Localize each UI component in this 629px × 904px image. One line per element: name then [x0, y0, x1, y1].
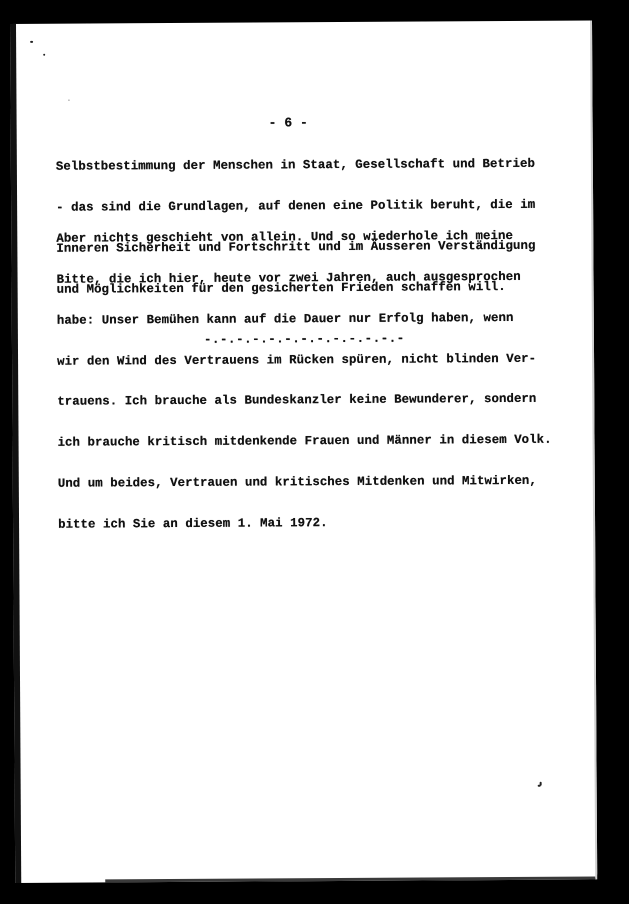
- end-separator: -.-.-.-.-.-.-.-.-.-.-.-.-: [204, 332, 405, 347]
- text-line: Und um beides, Vertrauen und kritisches …: [58, 475, 552, 492]
- scan-speck: [30, 41, 33, 43]
- page-bottom-edge: [105, 876, 595, 882]
- scanned-document: - 6 - Selbstbestimmung der Menschen in S…: [0, 0, 629, 904]
- binding-edge-shadow: [10, 24, 21, 883]
- text-line: trauens. Ich brauche als Bundeskanzler k…: [57, 393, 551, 410]
- scan-speck: [538, 785, 541, 787]
- page-number: - 6 -: [269, 115, 308, 130]
- text-line: habe: Unser Bemühen kann auf die Dauer n…: [57, 311, 551, 328]
- text-line: Bitte, die ich hier, heute vor zwei Jahr…: [57, 271, 551, 288]
- text-line: bitte ich Sie an diesem 1. Mai 1972.: [58, 515, 552, 532]
- document-page: - 6 - Selbstbestimmung der Menschen in S…: [10, 20, 597, 883]
- text-line: Selbstbestimmung der Menschen in Staat, …: [56, 158, 535, 175]
- page-right-edge: [590, 20, 597, 879]
- text-line: wir den Wind des Vertrauens im Rücken sp…: [57, 352, 551, 369]
- text-line: Aber nichts geschieht von allein. Und so…: [56, 230, 550, 247]
- scan-speck: [43, 54, 45, 56]
- text-line: ich brauche kritisch mitdenkende Frauen …: [58, 434, 552, 451]
- paragraph-2: Aber nichts geschieht von allein. Und so…: [56, 203, 552, 559]
- scan-speck: [68, 100, 69, 101]
